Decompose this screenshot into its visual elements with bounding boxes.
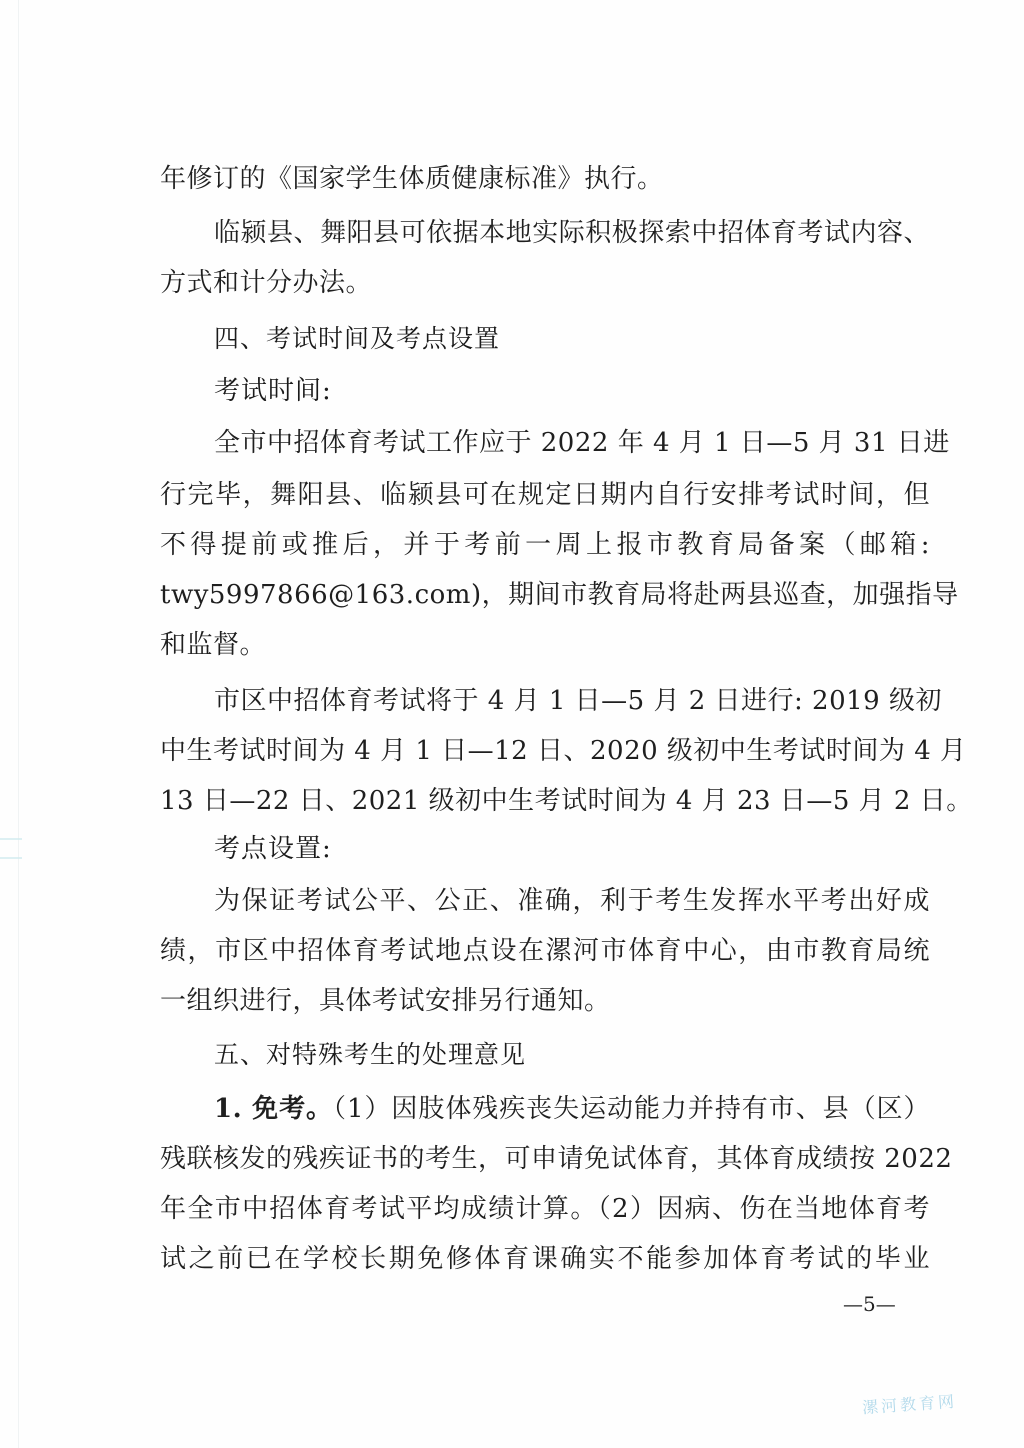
scan-edge-line xyxy=(18,0,19,1448)
paragraph-line: 全市中招体育考试工作应于 2022 年 4 月 1 日—5 月 31 日进 xyxy=(214,428,930,458)
paragraph-line-email: twy5997866@163.com)，期间市教育局将赴两县巡查，加强指导 xyxy=(160,580,930,610)
item-lead-exemption: 1. 免考。 xyxy=(214,1094,333,1124)
paragraph-line: 年全市中招体育考试平均成绩计算。（2）因病、伤在当地体育考 xyxy=(160,1194,930,1224)
scan-edge-mark xyxy=(0,838,22,840)
page-number: —5— xyxy=(843,1292,896,1316)
paragraph-line: 一组织进行，具体考试安排另行通知。 xyxy=(160,986,930,1016)
item-text: （1）因肢体残疾丧失运动能力并持有市、县（区） xyxy=(333,1094,930,1124)
subheading-exam-site: 考点设置: xyxy=(214,834,332,864)
paragraph-line: 试之前已在学校长期免修体育课确实不能参加体育考试的毕业 xyxy=(160,1244,930,1274)
paragraph-line: 市区中招体育考试将于 4 月 1 日—5 月 2 日进行: 2019 级初 xyxy=(214,686,930,716)
paragraph-line: 行完毕，舞阳县、临颍县可在规定日期内自行安排考试时间，但 xyxy=(160,480,930,510)
paragraph-line: 为保证考试公平、公正、准确，利于考生发挥水平考出好成 xyxy=(214,886,930,916)
paragraph-line: 临颍县、舞阳县可依据本地实际积极探索中招体育考试内容、 xyxy=(214,218,930,248)
section-heading-5: 五、对特殊考生的处理意见 xyxy=(214,1040,526,1070)
section-heading-4: 四、考试时间及考点设置 xyxy=(214,324,500,354)
paragraph-line: 年修订的《国家学生体质健康标准》执行。 xyxy=(160,164,930,194)
paragraph-line: 中生考试时间为 4 月 1 日—12 日、2020 级初中生考试时间为 4 月 xyxy=(160,736,930,766)
paragraph-line: 绩，市区中招体育考试地点设在漯河市体育中心，由市教育局统 xyxy=(160,936,930,966)
watermark-stamp: 漯河教育网 xyxy=(861,1389,957,1419)
paragraph-line: 方式和计分办法。 xyxy=(160,268,930,298)
paragraph-line: 13 日—22 日、2021 级初中生考试时间为 4 月 23 日—5 月 2 … xyxy=(160,786,930,816)
paragraph-line: 不得提前或推后，并于考前一周上报市教育局备案（邮箱: xyxy=(160,530,930,560)
document-page: 年修订的《国家学生体质健康标准》执行。 临颍县、舞阳县可依据本地实际积极探索中招… xyxy=(0,0,1024,1448)
subheading-exam-time: 考试时间: xyxy=(214,376,332,406)
scan-edge-mark xyxy=(0,857,22,859)
paragraph-line: 1. 免考。（1）因肢体残疾丧失运动能力并持有市、县（区） xyxy=(214,1094,930,1124)
paragraph-line: 和监督。 xyxy=(160,630,930,660)
paragraph-line: 残联核发的残疾证书的考生，可申请免试体育，其体育成绩按 2022 xyxy=(160,1144,930,1174)
